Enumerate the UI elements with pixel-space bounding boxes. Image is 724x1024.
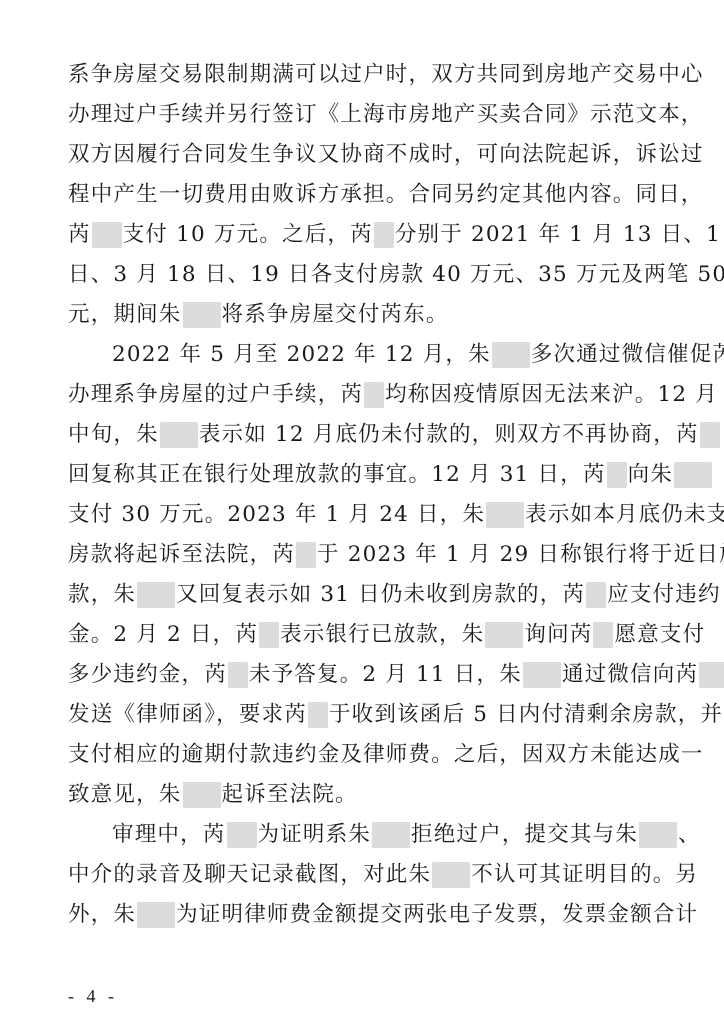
text-segment: 询问芮	[524, 622, 592, 647]
redacted-name	[92, 222, 122, 248]
text-segment: 拒绝过户，提交其与朱	[411, 822, 638, 847]
redacted-name	[432, 862, 470, 888]
redacted-name	[700, 422, 720, 448]
text-line: 支付相应的逾期付款违约金及律师费。之后，因双方未能达成一	[68, 738, 684, 772]
text-line: 中旬，朱表示如 12 月底仍未付款的，则双方不再协商，芮	[68, 418, 684, 452]
redacted-name	[523, 662, 561, 688]
text-segment: 为证明系朱	[258, 822, 372, 847]
text-segment: 表示如本月底仍未支付	[525, 502, 724, 527]
text-line: 系争房屋交易限制期满可以过户时，双方共同到房地产交易中心	[68, 58, 684, 92]
text-segment: 又回复表示如 31 日仍未收到房款的，芮	[176, 582, 585, 607]
text-line: 支付 30 万元。2023 年 1 月 24 日，朱表示如本月底仍未支付	[68, 498, 684, 532]
text-segment: 办理过户手续并另行签订《上海市房地产买卖合同》示范文本，	[68, 102, 704, 127]
text-segment: 办理系争房屋的过户手续，芮	[68, 382, 363, 407]
text-line: 审理中，芮为证明系朱拒绝过户，提交其与朱、	[112, 818, 684, 852]
text-segment: 中介的录音及聊天记录截图，对此朱	[68, 862, 431, 887]
text-segment: 日、3 月 18 日、19 日各支付房款 40 万元、35 万元及两笔 50 万	[68, 262, 724, 287]
redacted-name	[259, 622, 279, 648]
text-segment: 不认可其证明目的。另	[471, 862, 698, 887]
text-segment: 未予答复。2 月 11 日，朱	[249, 662, 522, 687]
text-line: 款，朱又回复表示如 31 日仍未收到房款的，芮应支付违约	[68, 578, 684, 612]
text-line: 外，朱为证明律师费金额提交两张电子发票，发票金额合计	[68, 898, 684, 932]
text-segment: 表示银行已放款，朱	[280, 622, 484, 647]
text-segment: 审理中，芮	[112, 822, 226, 847]
text-segment: 应支付违约	[607, 582, 721, 607]
text-segment: 发送《律师函》，要求芮	[68, 702, 307, 727]
text-line: 程中产生一切费用由败诉方承担。合同另约定其他内容。同日，	[68, 178, 684, 212]
text-segment: 房款将起诉至法院，芮	[68, 542, 295, 567]
redacted-name	[308, 702, 328, 728]
redacted-name	[228, 662, 248, 688]
text-segment: 芮	[68, 222, 91, 247]
text-line: 发送《律师函》，要求芮于收到该函后 5 日内付清剩余房款，并	[68, 698, 684, 732]
redacted-name	[486, 502, 524, 528]
text-segment: 2022 年 5 月至 2022 年 12 月，朱	[112, 342, 491, 367]
text-line: 多少违约金，芮未予答复。2 月 11 日，朱通过微信向芮	[68, 658, 684, 692]
text-segment: 回复称其正在银行处理放款的事宜。12 月 31 日，芮	[68, 462, 606, 487]
text-segment: 外，朱	[68, 902, 136, 927]
text-segment: 元，期间朱	[68, 302, 182, 327]
redacted-name	[183, 782, 221, 808]
redacted-name	[374, 222, 394, 248]
text-segment: 中旬，朱	[68, 422, 159, 447]
document-page: 系争房屋交易限制期满可以过户时，双方共同到房地产交易中心 办理过户手续并另行签订…	[0, 0, 724, 1024]
redacted-name	[485, 622, 523, 648]
text-line: 办理过户手续并另行签订《上海市房地产买卖合同》示范文本，	[68, 98, 684, 132]
text-segment: 向朱	[628, 462, 673, 487]
text-line: 房款将起诉至法院，芮于 2023 年 1 月 29 日称银行将于近日放	[68, 538, 684, 572]
text-line: 致意见，朱起诉至法院。	[68, 778, 684, 812]
text-line: 芮支付 10 万元。之后，芮分别于 2021 年 1 月 13 日、1 月 25	[68, 218, 684, 252]
redacted-name	[160, 422, 198, 448]
text-line: 日、3 月 18 日、19 日各支付房款 40 万元、35 万元及两笔 50 万	[68, 258, 684, 292]
redacted-name	[593, 622, 613, 648]
text-line: 元，期间朱将系争房屋交付芮东。	[68, 298, 684, 332]
redacted-name	[227, 822, 257, 848]
text-segment: 起诉至法院。	[222, 782, 358, 807]
text-segment: 程中产生一切费用由败诉方承担。合同另约定其他内容。同日，	[68, 182, 704, 207]
text-line: 2022 年 5 月至 2022 年 12 月，朱多次通过微信催促芮	[112, 338, 684, 372]
text-segment: 分别于 2021 年 1 月 13 日、1 月 25	[395, 222, 724, 247]
page-number: - 4 -	[68, 986, 118, 1007]
redacted-name	[674, 462, 712, 488]
redacted-name	[137, 902, 175, 928]
text-segment: 通过微信向芮	[562, 662, 698, 687]
redacted-name	[372, 822, 410, 848]
text-segment: 于 2023 年 1 月 29 日称银行将于近日放	[317, 542, 724, 567]
text-segment: 金。2 月 2 日，芮	[68, 622, 258, 647]
text-segment: 支付 10 万元。之后，芮	[123, 222, 373, 247]
text-line: 办理系争房屋的过户手续，芮均称因疫情原因无法来沪。12 月	[68, 378, 684, 412]
text-segment: 双方因履行合同发生争议又协商不成时，可向法院起诉，诉讼过	[68, 142, 704, 167]
text-segment: 款，朱	[68, 582, 136, 607]
text-segment: 多少违约金，芮	[68, 662, 227, 687]
text-segment: 为证明律师费金额提交两张电子发票，发票金额合计	[176, 902, 698, 927]
redacted-name	[586, 582, 606, 608]
text-line: 回复称其正在银行处理放款的事宜。12 月 31 日，芮向朱	[68, 458, 684, 492]
text-segment: 支付 30 万元。2023 年 1 月 24 日，朱	[68, 502, 485, 527]
text-segment: 致意见，朱	[68, 782, 182, 807]
text-segment: 愿意支付	[614, 622, 705, 647]
text-segment: 系争房屋交易限制期满可以过户时，双方共同到房地产交易中心	[68, 62, 704, 87]
text-segment: 支付相应的逾期付款违约金及律师费。之后，因双方未能达成一	[68, 742, 704, 767]
redacted-name	[699, 662, 724, 688]
redacted-name	[492, 342, 530, 368]
text-line: 金。2 月 2 日，芮表示银行已放款，朱询问芮愿意支付	[68, 618, 684, 652]
redacted-name	[183, 302, 221, 328]
text-segment: 于收到该函后 5 日内付清剩余房款，并	[329, 702, 723, 727]
redacted-name	[364, 382, 384, 408]
text-line: 中介的录音及聊天记录截图，对此朱不认可其证明目的。另	[68, 858, 684, 892]
text-segment: 将系争房屋交付芮东。	[222, 302, 449, 327]
text-segment: 表示如 12 月底仍未付款的，则双方不再协商，芮	[199, 422, 699, 447]
redacted-name	[607, 462, 627, 488]
redacted-name	[639, 822, 677, 848]
text-segment: 多次通过微信催促芮	[531, 342, 724, 367]
redacted-name	[296, 542, 316, 568]
redacted-name	[137, 582, 175, 608]
text-segment: 均称因疫情原因无法来沪。12 月	[385, 382, 718, 407]
text-segment: 、	[678, 822, 701, 847]
text-line: 双方因履行合同发生争议又协商不成时，可向法院起诉，诉讼过	[68, 138, 684, 172]
